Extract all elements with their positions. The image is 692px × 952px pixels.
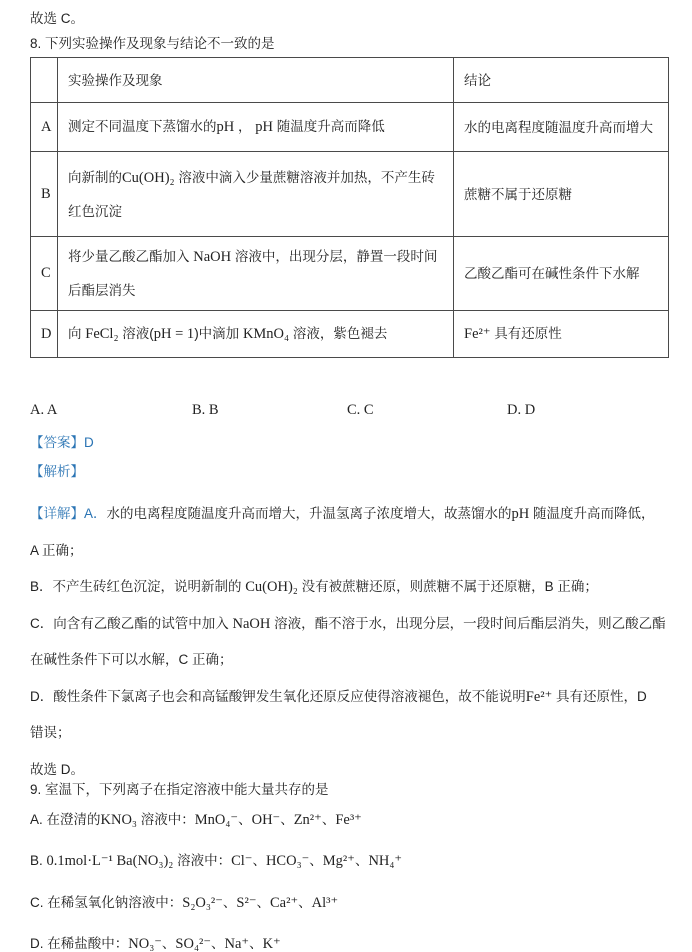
- q8-row-c-operation: 将少量乙酸乙酯加入 NaOH 溶液中，出现分层，静置一段时间后酯层消失: [58, 237, 454, 311]
- exam-document-page: 故选 C。 8. 下列实验操作及现象与结论不一致的是 实验操作及现象 结论 A …: [0, 0, 692, 952]
- q8-row-c-label: C: [31, 237, 58, 311]
- q8-table-row-d: D 向 FeCl₂ 溶液(pH = 1)中滴加 KMnO₄ 溶液，紫色褪去 Fe…: [31, 311, 669, 358]
- explanation-line: D．酸性条件下氯离子也会和高锰酸钾发生氧化还原反应使得溶液褪色，故不能说明Fe²…: [30, 679, 678, 716]
- explanation-line: B．不产生砖红色沉淀，说明新制的 Cu(OH)₂ 没有被蔗糖还原，则蔗糖不属于还…: [30, 569, 678, 606]
- explanation-text: 水的电离程度随温度升高而增大，升温氢离子浓度增大，故蒸馏水的pH 随温度升高而降…: [107, 506, 655, 521]
- q8-header-conclusion: 结论: [454, 58, 669, 103]
- q8-row-b-operation: 向新制的Cu(OH)₂ 溶液中滴入少量蔗糖溶液并加热，不产生砖红色沉淀: [58, 152, 454, 237]
- q8-row-c-conclusion: 乙酸乙酯可在碱性条件下水解: [454, 237, 669, 311]
- explanation-line: 【详解】A．水的电离程度随温度升高而增大，升温氢离子浓度增大，故蒸馏水的pH 随…: [30, 496, 678, 533]
- q8-option-a: A. A: [30, 402, 57, 419]
- explanation-line: A 正确；: [30, 533, 678, 570]
- q8-option-c: C. C: [347, 402, 374, 419]
- q8-header-blank-cell: [31, 58, 58, 103]
- q8-stem: 8. 下列实验操作及现象与结论不一致的是: [30, 32, 275, 52]
- detail-label: 【详解】: [30, 506, 84, 521]
- q8-table-row-a: A 测定不同温度下蒸馏水的pH ， pH 随温度升高而降低 水的电离程度随温度升…: [31, 103, 669, 152]
- explanation-line: 在碱性条件下可以水解，C 正确；: [30, 642, 678, 679]
- explanation-line: C．向含有乙酸乙酯的试管中加入 NaOH 溶液，酯不溶于水，出现分层，一段时间后…: [30, 606, 678, 643]
- q8-answer-line: 【答案】D: [30, 431, 94, 451]
- answer-value: D: [84, 435, 94, 450]
- q8-analysis-line: 【解析】: [30, 460, 84, 480]
- q8-table-header-row: 实验操作及现象 结论: [31, 58, 669, 103]
- q8-table-row-b: B 向新制的Cu(OH)₂ 溶液中滴入少量蔗糖溶液并加热，不产生砖红色沉淀 蔗糖…: [31, 152, 669, 237]
- q8-row-b-conclusion: 蔗糖不属于还原糖: [454, 152, 669, 237]
- q8-table: 实验操作及现象 结论 A 测定不同温度下蒸馏水的pH ， pH 随温度升高而降低…: [30, 57, 669, 358]
- q8-row-a-label: A: [31, 103, 58, 152]
- q8-option-b: B. B: [192, 402, 219, 419]
- q9-option-a: A. 在澄清的KNO₃ 溶液中：MnO₄⁻、OH⁻、Zn²⁺、Fe³⁺: [30, 808, 362, 829]
- q9-option-b: B. 0.1mol·L⁻¹ Ba(NO₃)₂ 溶液中：Cl⁻、HCO₃⁻、Mg²…: [30, 849, 402, 870]
- detail-marker-a: A．: [84, 506, 107, 521]
- explanation-line: 错误；: [30, 715, 678, 752]
- q9-stem: 9. 室温下，下列离子在指定溶液中能大量共存的是: [30, 778, 329, 798]
- q8-row-d-conclusion: Fe²⁺ 具有还原性: [454, 311, 669, 358]
- q8-row-d-label: D: [31, 311, 58, 358]
- q8-row-a-operation: 测定不同温度下蒸馏水的pH ， pH 随温度升高而降低: [58, 103, 454, 152]
- analysis-label: 【解析】: [30, 464, 84, 479]
- q8-header-operation: 实验操作及现象: [58, 58, 454, 103]
- q8-option-d: D. D: [507, 402, 535, 419]
- previous-answer-line: 故选 C。: [30, 7, 84, 27]
- q9-option-c: C. 在稀氢氧化钠溶液中：S₂O₃²⁻、S²⁻、Ca²⁺、Al³⁺: [30, 891, 338, 912]
- q9-option-d: D. 在稀盐酸中：NO₃⁻、SO₄²⁻、Na⁺、K⁺: [30, 932, 281, 952]
- q8-explanation-block: 【详解】A．水的电离程度随温度升高而增大，升温氢离子浓度增大，故蒸馏水的pH 随…: [30, 496, 678, 788]
- q8-option-row: A. A B. B C. C D. D: [30, 402, 670, 422]
- q8-table-row-c: C 将少量乙酸乙酯加入 NaOH 溶液中，出现分层，静置一段时间后酯层消失 乙酸…: [31, 237, 669, 311]
- q8-row-b-label: B: [31, 152, 58, 237]
- answer-label: 【答案】: [30, 435, 84, 450]
- q8-row-d-operation: 向 FeCl₂ 溶液(pH = 1)中滴加 KMnO₄ 溶液，紫色褪去: [58, 311, 454, 358]
- q8-row-a-conclusion: 水的电离程度随温度升高而增大: [454, 103, 669, 152]
